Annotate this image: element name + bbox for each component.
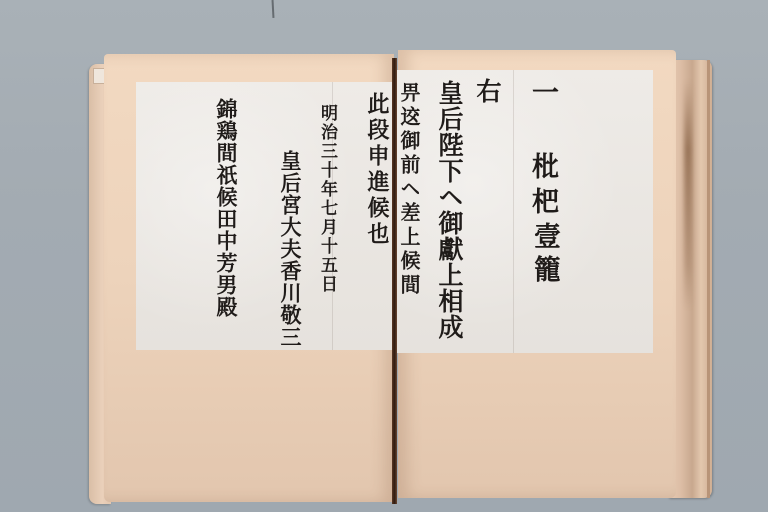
letter-sheet-right: 一 枇杷 壹籠 右 皇后陛下ヘ御獻上相成 畀䢒御前ヘ差上候間 bbox=[397, 70, 653, 353]
open-book: 此段申進候也 明治三十年七月十五日 皇后宮大夫香川敬三 錦鶏間祇候田中芳男殿 一… bbox=[0, 0, 768, 512]
item-quantity: 壹籠 bbox=[531, 222, 558, 288]
letter-sheet-left: 此段申進候也 明治三十年七月十五日 皇后宮大夫香川敬三 錦鶏間祇候田中芳男殿 bbox=[136, 82, 392, 350]
item-name: 一 枇杷 bbox=[529, 78, 556, 222]
migi-marker: 右 bbox=[475, 78, 500, 105]
body-line-2: 畀䢒御前ヘ差上候間 bbox=[399, 82, 419, 298]
fold-line bbox=[513, 70, 514, 353]
closing-line: 此段申進候也 bbox=[366, 92, 388, 248]
sender-name: 皇后宮大夫香川敬三 bbox=[280, 150, 301, 348]
body-line-1: 皇后陛下ヘ御獻上相成 bbox=[437, 80, 462, 340]
recipient-name: 錦鶏間祇候田中芳男殿 bbox=[216, 98, 237, 318]
letter-date: 明治三十年七月十五日 bbox=[318, 104, 335, 294]
